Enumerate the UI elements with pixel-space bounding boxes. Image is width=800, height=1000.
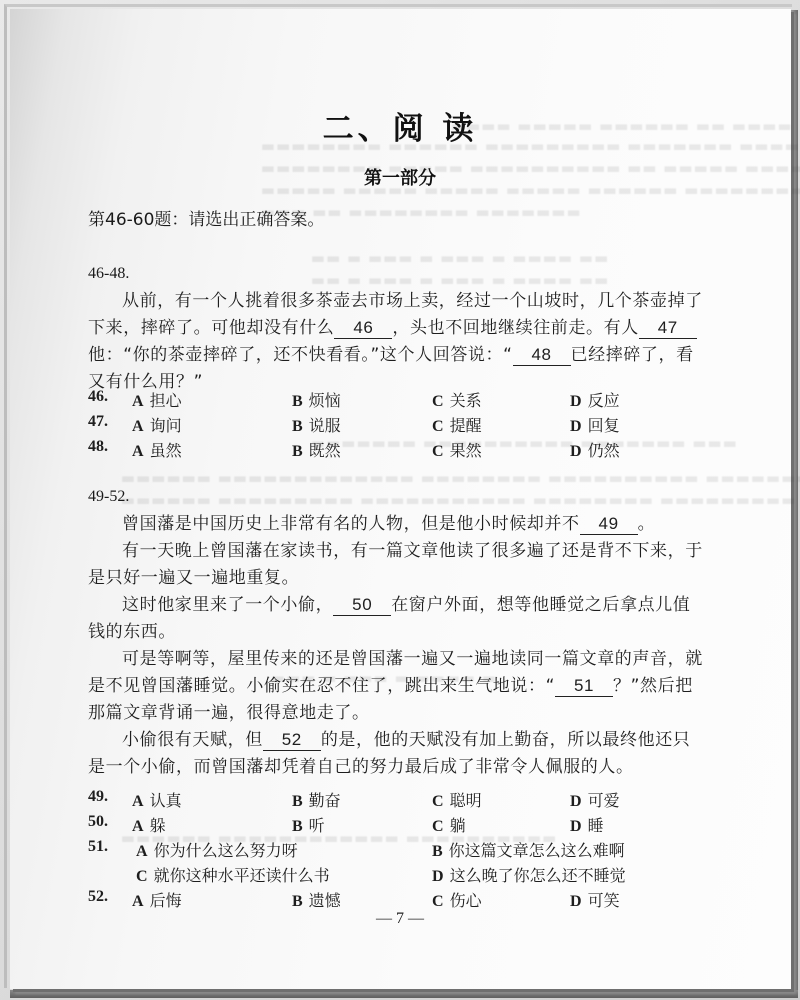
option-51-c[interactable]: C就你这种水平还读什么书 bbox=[136, 863, 330, 886]
question-number: 49. bbox=[88, 788, 108, 806]
page-number: — 7 — bbox=[0, 910, 800, 928]
option-46-c[interactable]: C关系 bbox=[432, 388, 482, 411]
option-49-a[interactable]: A认真 bbox=[132, 788, 182, 811]
passage-paragraph: 可是等啊等，屋里传来的还是曾国藩一遍又一遍地读同一篇文章的声音，就是不见曾国藩睡… bbox=[88, 646, 704, 727]
option-text: 这么晚了你怎么还不睡觉 bbox=[450, 866, 626, 885]
part-title: 第一部分 bbox=[0, 164, 800, 190]
passage-paragraph: 小偷很有天赋，但52的是，他的天赋没有加上勤奋，所以最终他还只是一个小偷，而曾国… bbox=[88, 727, 704, 781]
instructions: 第46-60题：请选出正确答案。 bbox=[88, 205, 324, 230]
option-letter: A bbox=[132, 818, 144, 835]
option-letter: A bbox=[132, 443, 144, 460]
option-52-b[interactable]: B遗憾 bbox=[292, 888, 341, 911]
option-50-a[interactable]: A躲 bbox=[132, 813, 166, 836]
option-letter: C bbox=[432, 393, 444, 410]
option-letter: B bbox=[292, 818, 303, 835]
option-letter: A bbox=[132, 893, 144, 910]
option-49-d[interactable]: D可爱 bbox=[570, 788, 620, 811]
option-51-d[interactable]: D这么晚了你怎么还不睡觉 bbox=[432, 863, 626, 886]
option-text: 反应 bbox=[588, 391, 620, 410]
option-50-d[interactable]: D睡 bbox=[570, 813, 604, 836]
option-letter: A bbox=[132, 393, 144, 410]
option-letter: A bbox=[132, 793, 144, 810]
question-group-label: 49-52. bbox=[88, 488, 129, 506]
option-text: 你为什么这么努力呀 bbox=[154, 841, 298, 860]
passage-text: 他：“你的茶壶摔碎了，还不快看看。”这个人回答说：“ bbox=[88, 345, 513, 365]
option-text: 躲 bbox=[150, 816, 166, 835]
option-letter: B bbox=[292, 393, 303, 410]
question-number: 46. bbox=[88, 388, 108, 406]
option-text: 遗憾 bbox=[309, 891, 341, 910]
option-text: 你这篇文章怎么这么难啊 bbox=[449, 841, 625, 860]
option-46-a[interactable]: A担心 bbox=[132, 388, 182, 411]
passage-paragraph: 有一天晚上曾国藩在家读书，有一篇文章他读了很多遍了还是背不下来，于是只好一遍又一… bbox=[88, 538, 704, 592]
question-group-label: 46-48. bbox=[88, 265, 129, 283]
option-47-c[interactable]: C提醒 bbox=[432, 413, 482, 436]
answer-blank-46[interactable]: 46 bbox=[334, 318, 392, 339]
option-letter: D bbox=[570, 418, 582, 435]
section-title: 二、阅 读 bbox=[0, 103, 800, 148]
question-number: 52. bbox=[88, 888, 108, 906]
passage-paragraph: 曾国藩是中国历史上非常有名的人物，但是他小时候却并不49。 bbox=[88, 511, 704, 538]
option-letter: B bbox=[292, 443, 303, 460]
answer-blank-51[interactable]: 51 bbox=[555, 676, 613, 697]
option-48-c[interactable]: C果然 bbox=[432, 438, 482, 461]
option-text: 听 bbox=[309, 816, 325, 835]
options-block: 49.A认真B勤奋C聪明D可爱50.A躲B听C躺D睡51.A你为什么这么努力呀B… bbox=[112, 788, 712, 913]
question-number: 51. bbox=[88, 838, 108, 856]
option-text: 聪明 bbox=[450, 791, 482, 810]
option-letter: A bbox=[136, 843, 148, 860]
option-48-b[interactable]: B既然 bbox=[292, 438, 341, 461]
option-letter: B bbox=[292, 418, 303, 435]
question-row: C就你这种水平还读什么书D这么晚了你怎么还不睡觉 bbox=[112, 863, 712, 888]
passage-text: 小偷很有天赋，但 bbox=[122, 730, 263, 750]
passage-paragraph: 这时他家里来了一个小偷，50在窗户外面，想等他睡觉之后拿点儿值钱的东西。 bbox=[88, 592, 704, 646]
options-block: 46.A担心B烦恼C关系D反应47.A询问B说服C提醒D回复48.A虽然B既然C… bbox=[112, 388, 712, 463]
option-52-d[interactable]: D可笑 bbox=[570, 888, 620, 911]
option-48-d[interactable]: D仍然 bbox=[570, 438, 620, 461]
option-text: 认真 bbox=[150, 791, 182, 810]
passage-text: 这时他家里来了一个小偷， bbox=[122, 595, 333, 615]
answer-blank-47[interactable]: 47 bbox=[639, 318, 697, 339]
option-52-c[interactable]: C伤心 bbox=[432, 888, 482, 911]
option-letter: D bbox=[570, 818, 582, 835]
option-46-b[interactable]: B烦恼 bbox=[292, 388, 341, 411]
option-letter: D bbox=[570, 443, 582, 460]
option-letter: D bbox=[570, 793, 582, 810]
option-text: 后悔 bbox=[150, 891, 182, 910]
option-letter: C bbox=[432, 818, 444, 835]
option-46-d[interactable]: D反应 bbox=[570, 388, 620, 411]
option-text: 询问 bbox=[150, 416, 182, 435]
option-letter: C bbox=[432, 793, 444, 810]
question-row: 46.A担心B烦恼C关系D反应 bbox=[112, 388, 712, 413]
passage-text: 有一天晚上曾国藩在家读书，有一篇文章他读了很多遍了还是背不下来，于是只好一遍又一… bbox=[88, 541, 703, 588]
question-row: 51.A你为什么这么努力呀B你这篇文章怎么这么难啊 bbox=[112, 838, 712, 863]
option-text: 躺 bbox=[450, 816, 466, 835]
option-50-b[interactable]: B听 bbox=[292, 813, 325, 836]
option-letter: D bbox=[570, 393, 582, 410]
option-text: 勤奋 bbox=[309, 791, 341, 810]
passage-paragraph: 从前，有一个人挑着很多茶壶去市场上卖，经过一个山坡时，几个茶壶掉了下来，摔碎了。… bbox=[88, 288, 704, 396]
document-content: 二、阅 读 第一部分 第46-60题：请选出正确答案。 46-48. 从前，有一… bbox=[0, 0, 800, 1000]
option-text: 既然 bbox=[309, 441, 341, 460]
option-text: 虽然 bbox=[150, 441, 182, 460]
option-47-b[interactable]: B说服 bbox=[292, 413, 341, 436]
option-50-c[interactable]: C躺 bbox=[432, 813, 466, 836]
answer-blank-48[interactable]: 48 bbox=[513, 345, 571, 366]
question-number: 50. bbox=[88, 813, 108, 831]
option-49-c[interactable]: C聪明 bbox=[432, 788, 482, 811]
option-text: 提醒 bbox=[450, 416, 482, 435]
option-letter: C bbox=[432, 443, 444, 460]
option-51-a[interactable]: A你为什么这么努力呀 bbox=[136, 838, 298, 861]
option-letter: D bbox=[432, 868, 444, 885]
option-47-d[interactable]: D回复 bbox=[570, 413, 620, 436]
option-text: 可爱 bbox=[588, 791, 620, 810]
option-letter: A bbox=[132, 418, 144, 435]
option-text: 睡 bbox=[588, 816, 604, 835]
option-text: 烦恼 bbox=[309, 391, 341, 410]
question-row: 47.A询问B说服C提醒D回复 bbox=[112, 413, 712, 438]
question-row: 49.A认真B勤奋C聪明D可爱 bbox=[112, 788, 712, 813]
question-row: 48.A虽然B既然C果然D仍然 bbox=[112, 438, 712, 463]
option-text: 说服 bbox=[309, 416, 341, 435]
question-row: 50.A躲B听C躺D睡 bbox=[112, 813, 712, 838]
option-text: 就你这种水平还读什么书 bbox=[154, 866, 330, 885]
option-letter: D bbox=[570, 893, 582, 910]
option-text: 担心 bbox=[150, 391, 182, 410]
option-text: 伤心 bbox=[450, 891, 482, 910]
option-letter: C bbox=[432, 893, 444, 910]
option-text: 果然 bbox=[450, 441, 482, 460]
option-49-b[interactable]: B勤奋 bbox=[292, 788, 341, 811]
passage-text: 。 bbox=[638, 514, 656, 534]
question-number: 48. bbox=[88, 438, 108, 456]
option-letter: B bbox=[292, 893, 303, 910]
option-letter: B bbox=[432, 843, 443, 860]
option-letter: B bbox=[292, 793, 303, 810]
option-text: 关系 bbox=[450, 391, 482, 410]
option-text: 可笑 bbox=[588, 891, 620, 910]
passage-text: ，头也不回地继续往前走。有人 bbox=[392, 318, 638, 338]
option-47-a[interactable]: A询问 bbox=[132, 413, 182, 436]
option-text: 回复 bbox=[588, 416, 620, 435]
answer-blank-49[interactable]: 49 bbox=[580, 514, 638, 535]
option-text: 仍然 bbox=[588, 441, 620, 460]
option-letter: C bbox=[432, 418, 444, 435]
question-number: 47. bbox=[88, 413, 108, 431]
answer-blank-52[interactable]: 52 bbox=[263, 730, 321, 751]
option-48-a[interactable]: A虽然 bbox=[132, 438, 182, 461]
option-52-a[interactable]: A后悔 bbox=[132, 888, 182, 911]
passage-text: 曾国藩是中国历史上非常有名的人物，但是他小时候却并不 bbox=[122, 514, 580, 534]
option-51-b[interactable]: B你这篇文章怎么这么难啊 bbox=[432, 838, 625, 861]
option-letter: C bbox=[136, 868, 148, 885]
answer-blank-50[interactable]: 50 bbox=[333, 595, 391, 616]
